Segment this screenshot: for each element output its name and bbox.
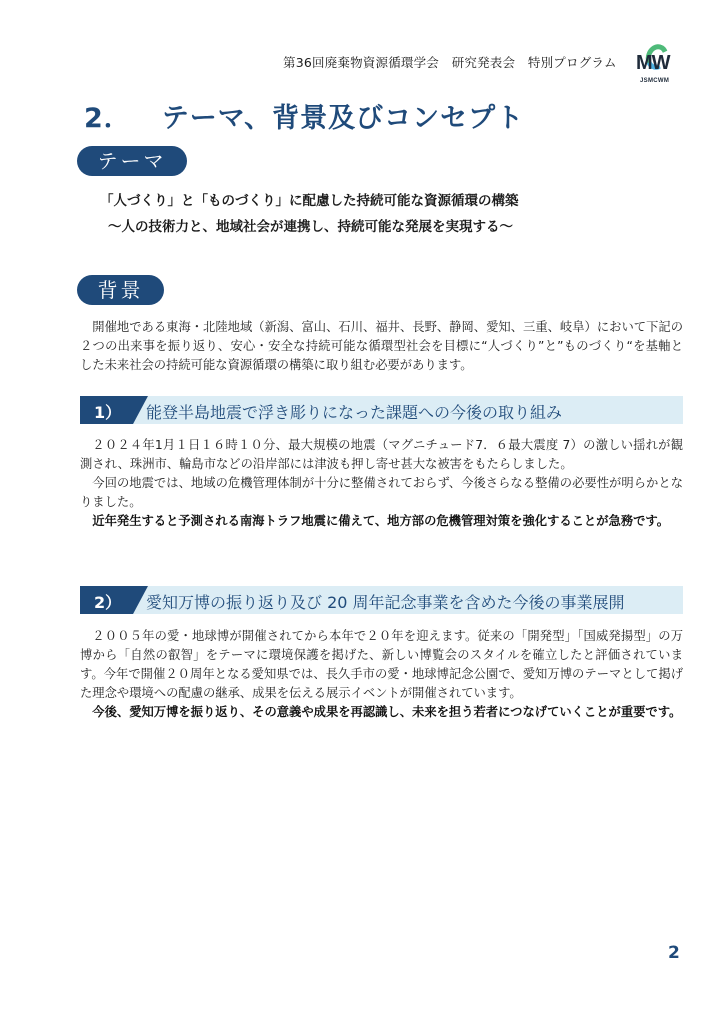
section-2-tag: 2）	[94, 590, 121, 613]
page-number: 2	[668, 943, 680, 963]
section-1-tag: 1）	[94, 400, 121, 423]
header-title: 第36回廃棄物資源循環学会 研究発表会 特別プログラム	[283, 53, 617, 71]
logo-mark: MW	[636, 52, 670, 75]
section-2-paragraph-1: ２００５年の愛・地球博が開催されてから本年で２０年を迎えます。従来の「開発型」「…	[80, 627, 683, 703]
section-1-banner: 1） 能登半島地震で浮き彫りになった課題への今後の取り組み	[80, 396, 683, 424]
theme-label-pill: テーマ	[77, 146, 187, 176]
section-1-paragraph-1: ２０２４年1月１日１６時１０分、最大規模の地震（マグニチュード7．６最大震度 7…	[80, 436, 683, 474]
page-title-number: 2．	[84, 103, 132, 134]
section-1-paragraph-2: 今回の地震では、地域の危機管理体制が十分に整備されておらず、今後さらなる整備の必…	[80, 474, 683, 512]
logo-subtext: JSMCWM	[640, 78, 669, 84]
page-title-text: テーマ、背景及びコンセプト	[162, 103, 524, 134]
section-2-banner: 2） 愛知万博の振り返り及び 20 周年記念事業を含めた今後の事業展開	[80, 586, 683, 614]
section-2-heading: 愛知万博の振り返り及び 20 周年記念事業を含めた今後の事業展開	[146, 590, 625, 613]
theme-main-line: 「人づくり」と「ものづくり」に配慮した持続可能な資源循環の構築	[100, 189, 519, 209]
section-1-body: ２０２４年1月１日１６時１０分、最大規模の地震（マグニチュード7．６最大震度 7…	[80, 436, 683, 531]
section-1-heading: 能登半島地震で浮き彫りになった課題への今後の取り組み	[146, 400, 562, 423]
background-paragraph: 開催地である東海・北陸地域（新潟、富山、石川、福井、長野、静岡、愛知、三重、岐阜…	[80, 318, 683, 375]
page-title: 2．テーマ、背景及びコンセプト	[84, 96, 524, 135]
background-label-pill: 背景	[77, 275, 164, 305]
section-1-emphasis: 近年発生すると予測される南海トラフ地震に備えて、地方部の危機管理対策を強化するこ…	[80, 512, 683, 531]
section-2-body: ２００５年の愛・地球博が開催されてから本年で２０年を迎えます。従来の「開発型」「…	[80, 627, 683, 722]
background-text: 開催地である東海・北陸地域（新潟、富山、石川、福井、長野、静岡、愛知、三重、岐阜…	[80, 318, 683, 375]
theme-sub-line: ～人の技術力と、地域社会が連携し、持続可能な発展を実現する～	[108, 215, 513, 235]
jsmcwm-logo-icon: MW JSMCWM	[634, 44, 688, 92]
section-2-emphasis: 今後、愛知万博を振り返り、その意義や成果を再認識し、未来を担う若者につなげていく…	[80, 703, 683, 722]
